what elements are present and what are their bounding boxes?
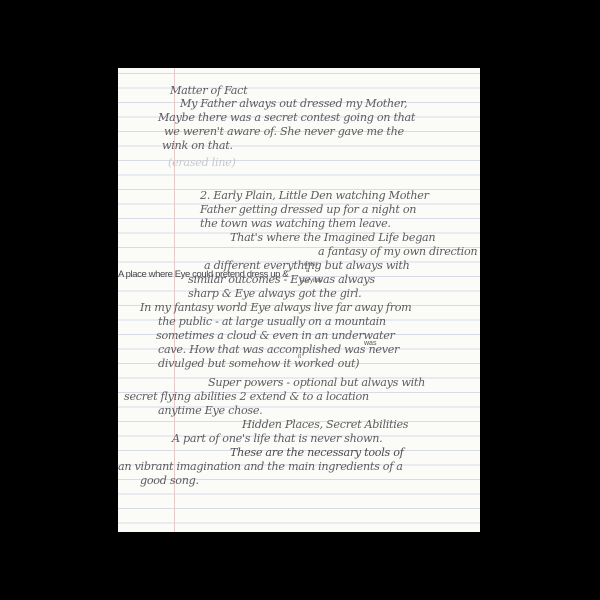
erased-line: (erased line) (168, 156, 236, 170)
text-line: similar outcomes - Eye was always (188, 273, 375, 287)
text-line: Hidden Places, Secret Abilities (242, 418, 408, 432)
text-line: sometimes a cloud & even in an underwate… (156, 329, 395, 343)
text-line: 2. Early Plain, Little Den watching Moth… (200, 189, 429, 203)
insert-it: it (298, 354, 301, 360)
text-line: Father getting dressed up for a night on (200, 203, 416, 217)
title-line: Matter of Fact (170, 84, 247, 98)
text-line: an vibrant imagination and the main ingr… (118, 460, 403, 474)
text-line: good song. (140, 474, 199, 488)
text-line: secret flying abilities 2 extend & to a … (124, 390, 369, 404)
text-line: anytime Eye chose. (158, 404, 262, 418)
text-line: we weren't aware of. She never gave me t… (164, 125, 404, 139)
text-line: That's where the Imagined Life began (230, 231, 435, 245)
text-line: wink on that. (162, 139, 233, 153)
text-line: divulged but somehow it worked out) (158, 357, 359, 371)
text-line: cave. How that was accomplished was neve… (158, 343, 399, 357)
text-line: sharp & Eye always got the girl. (188, 287, 361, 301)
text-line: Maybe there was a secret contest going o… (158, 111, 415, 125)
text-line: My Father always out dressed my Mother, (180, 97, 407, 111)
text-line: Super powers - optional but always with (208, 376, 425, 390)
text-line: These are the necessary tools of (230, 446, 404, 460)
text-line: A part of one's life that is never shown… (172, 432, 382, 446)
text-line: the town was watching them leave. (200, 217, 391, 231)
insert-was: was (364, 340, 376, 347)
text-line: In my fantasy world Eye always live far … (140, 301, 412, 315)
text-line: the public - at large usually on a mount… (158, 315, 386, 329)
text-line: a fantasy of my own direction (318, 245, 477, 259)
notebook-page: Matter of Fact My Father always out dres… (118, 68, 480, 532)
text-line: a different everything but always with (204, 259, 410, 273)
